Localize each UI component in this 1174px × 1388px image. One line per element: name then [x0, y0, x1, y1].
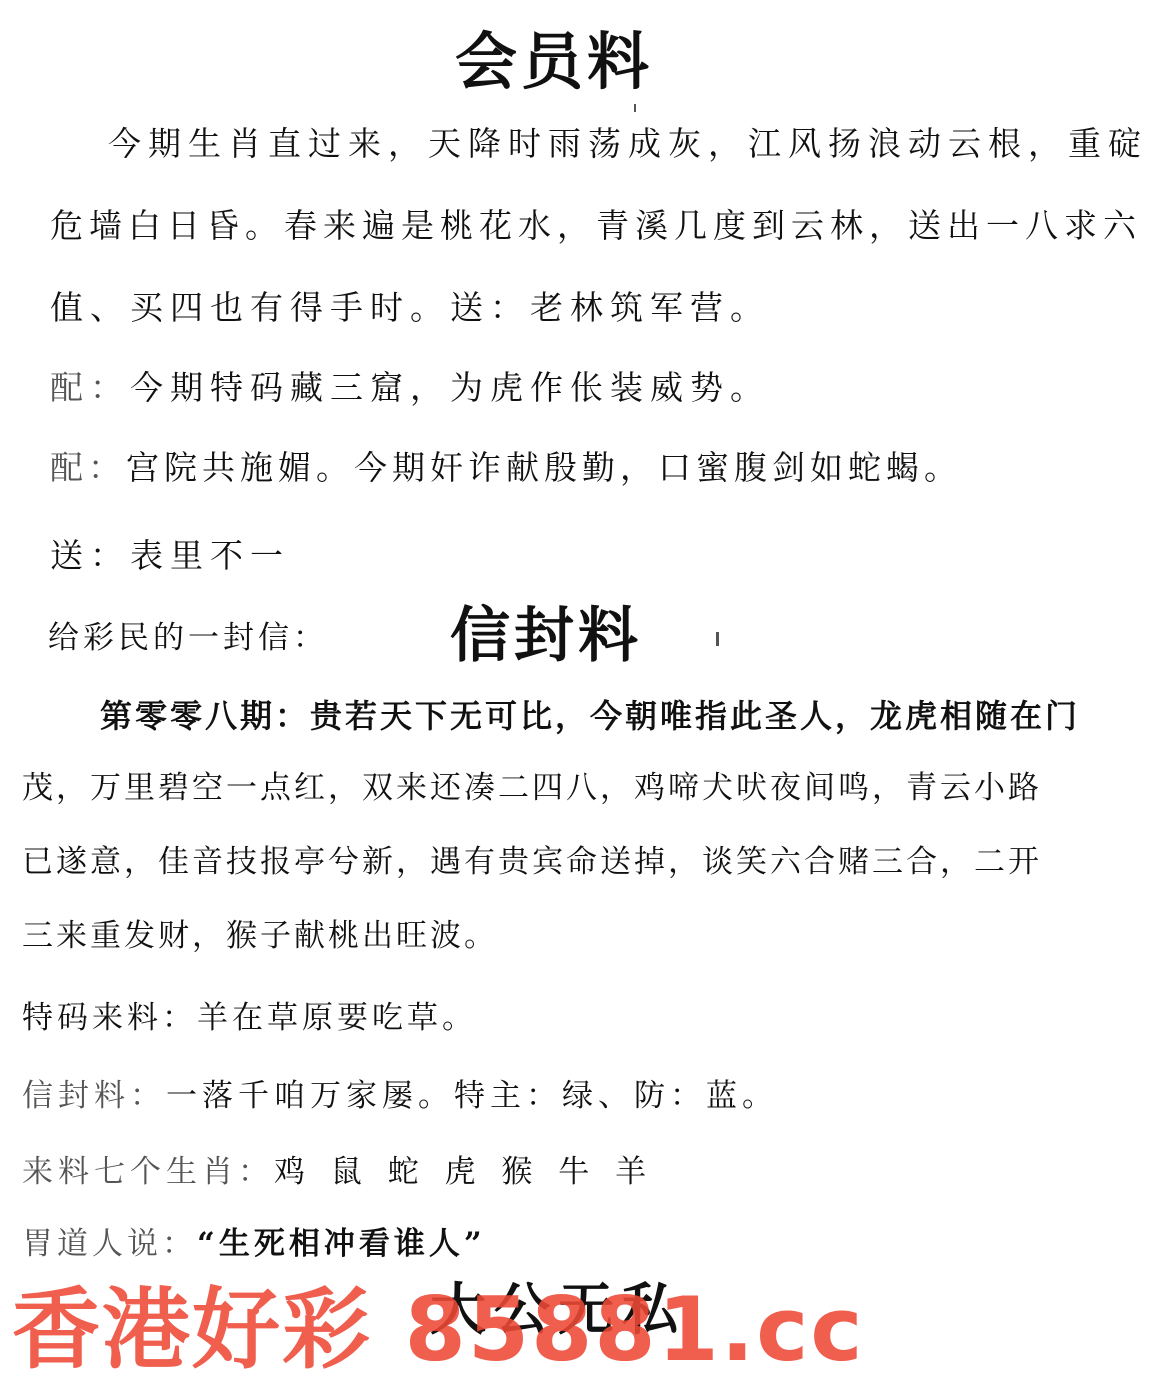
- special-code-row: 特码来料：羊在草原要吃草。: [22, 996, 477, 1040]
- issue-line-2: 茂，万里碧空一点红，双来还凑二四八，鸡啼犬吠夜间鸣，青云小路: [22, 766, 1042, 810]
- pairing-text: 宫院共施媚。今期奸诈献殷勤，口蜜腹剑如蛇蝎。: [126, 448, 962, 487]
- issue-line-3: 已遂意，佳音技报亭兮新，遇有贵宾命送掉，谈笑六合赌三合，二开: [22, 840, 1042, 884]
- send-row: 送：表里不一: [50, 534, 290, 578]
- member-poem-line-2: 危墙白日昏。春来遍是桃花水，青溪几度到云林，送出一八求六: [50, 204, 1142, 248]
- envelope-material-row: 信封料：一落千咱万家屡。特主：绿、防：蓝。: [22, 1074, 778, 1118]
- envelope-material-label: 信封料：: [22, 1078, 166, 1114]
- pairing-label: 配：: [50, 368, 130, 407]
- scan-speck: [716, 632, 719, 646]
- pairing-row-2: 配：宫院共施媚。今期奸诈献殷勤，口蜜腹剑如蛇蝎。: [50, 446, 962, 490]
- scan-speck: [634, 104, 636, 112]
- pairing-row-1: 配：今期特码藏三窟，为虎作伥装威势。: [50, 366, 770, 410]
- issue-line-4: 三来重发财，猴子献桃出旺波。: [22, 914, 498, 958]
- envelope-section-title: 信封料: [450, 598, 642, 674]
- send-text: 表里不一: [130, 536, 290, 575]
- issue-line-1: 第零零八期：贵若天下无可比，今朝唯指此圣人，龙虎相随在门: [100, 694, 1080, 738]
- site-watermark: 香港好彩 85881.cc: [12, 1282, 865, 1378]
- letter-intro: 给彩民的一封信：: [48, 616, 328, 660]
- taoist-says-row: 胃道人说：“生死相冲看谁人”: [22, 1222, 486, 1266]
- seven-zodiacs-list: 鸡 鼠 蛇 虎 猴 牛 羊: [274, 1154, 654, 1190]
- taoist-says-quote: “生死相冲看谁人”: [197, 1226, 486, 1262]
- member-poem-line-1: 今期生肖直过来，天降时雨荡成灰，江风扬浪动云根，重碇: [108, 122, 1148, 166]
- seven-zodiacs-label: 来料七个生肖：: [22, 1154, 274, 1190]
- seven-zodiacs-row: 来料七个生肖：鸡 鼠 蛇 虎 猴 牛 羊: [22, 1150, 654, 1194]
- pairing-text: 今期特码藏三窟，为虎作伥装威势。: [130, 368, 770, 407]
- pairing-label: 配：: [50, 448, 126, 487]
- envelope-material-text: 一落千咱万家屡。特主：绿、防：蓝。: [166, 1078, 778, 1114]
- special-code-label: 特码来料：: [22, 1000, 197, 1036]
- member-poem-line-3: 值、买四也有得手时。送：老林筑军营。: [50, 286, 770, 330]
- special-code-text: 羊在草原要吃草。: [197, 1000, 477, 1036]
- member-section-title: 会员料: [455, 22, 653, 102]
- taoist-says-label: 胃道人说：: [22, 1226, 197, 1262]
- send-label: 送：: [50, 536, 130, 575]
